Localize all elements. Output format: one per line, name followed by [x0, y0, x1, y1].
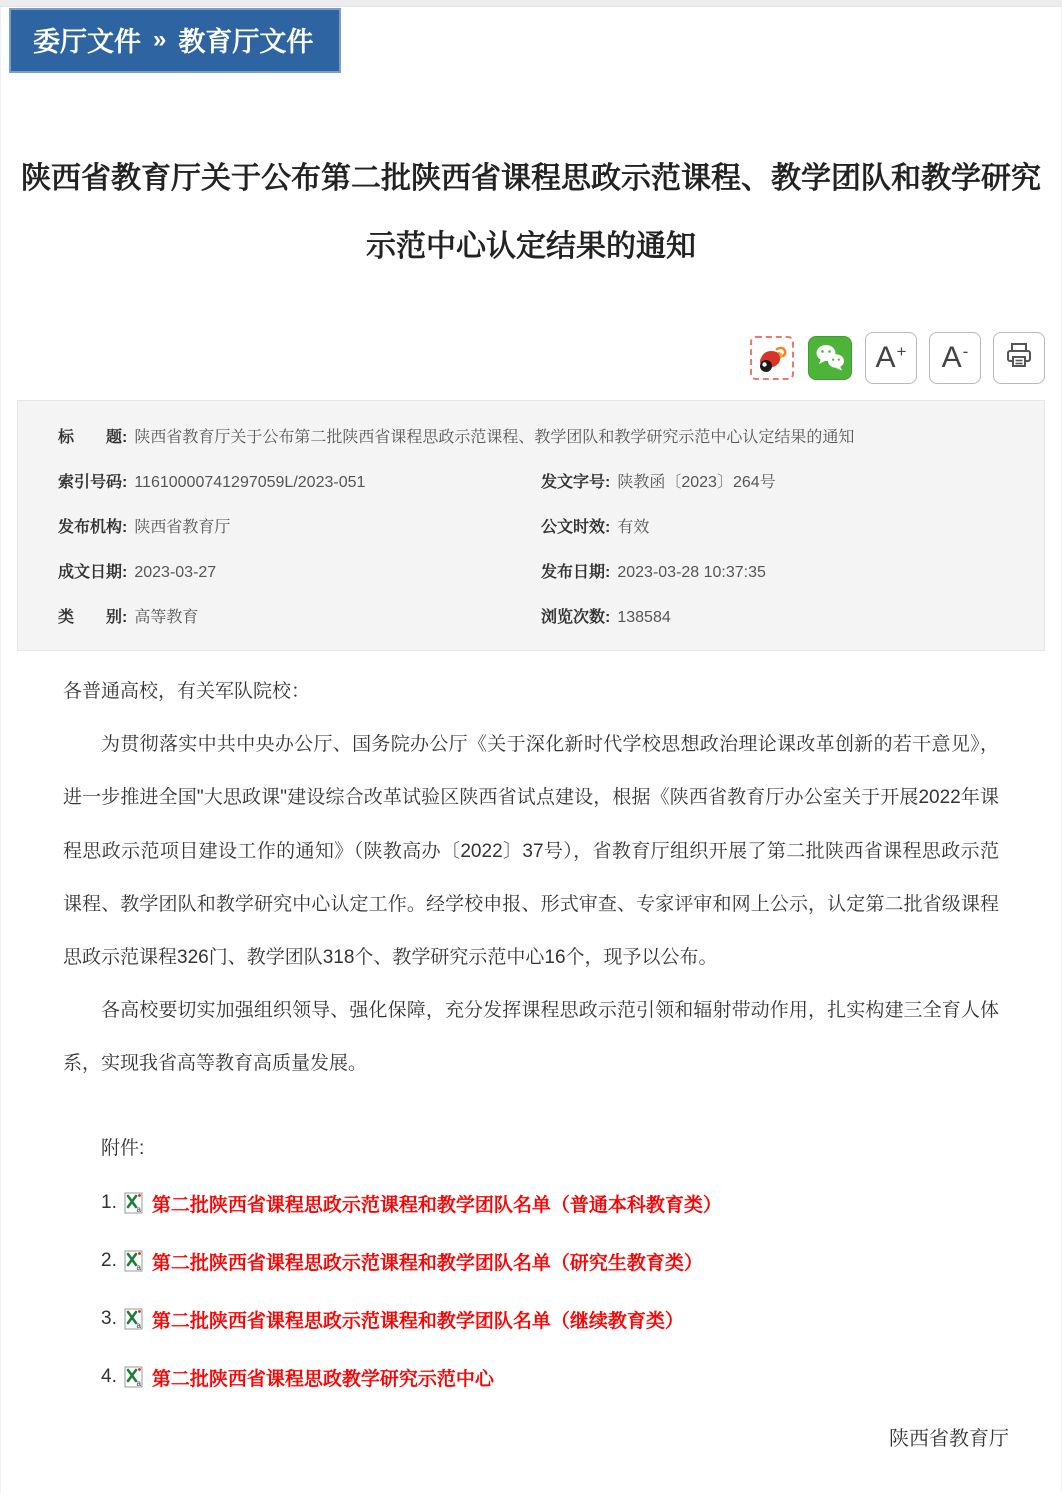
- meta-docnumber-label: 发文字号:: [541, 469, 610, 492]
- meta-row-index: 索引号码: 11610000741297059L/2023-051 发文字号: …: [18, 458, 1044, 503]
- meta-publish-date-value: 2023-03-28 10:37:35: [617, 564, 766, 582]
- body-paragraph-1: 为贯彻落实中共中央办公厅、国务院办公厅《关于深化新时代学校思想政治理论课改革创新…: [63, 718, 999, 984]
- attachment-number: 4.: [101, 1366, 117, 1388]
- meta-views-label: 浏览次数:: [541, 604, 610, 627]
- breadcrumb-page[interactable]: 教育厅文件: [178, 20, 313, 59]
- excel-file-icon: a: [124, 1308, 144, 1330]
- attachments-header: 附件:: [101, 1133, 999, 1160]
- meta-docnumber-value: 陕教函〔2023〕264号: [617, 469, 775, 492]
- attachment-number: 2.: [101, 1250, 117, 1272]
- excel-file-icon: a: [124, 1250, 144, 1272]
- font-decrease-sign: -: [963, 343, 969, 360]
- meta-agency-label: 发布机构:: [58, 514, 127, 537]
- meta-views-value: 138584: [617, 609, 670, 627]
- attachment-item-3[interactable]: 3. a 第二批陕西省课程思政示范课程和教学团队名单（继续教育类）: [101, 1306, 999, 1333]
- breadcrumb-section[interactable]: 委厅文件: [33, 20, 141, 59]
- attachment-number: 1.: [101, 1192, 117, 1214]
- meta-row-category: 类 别: 高等教育 浏览次数: 138584: [18, 593, 1044, 638]
- attachment-link[interactable]: 第二批陕西省课程思政示范课程和教学团队名单（研究生教育类）: [152, 1248, 703, 1275]
- excel-file-icon: a: [124, 1192, 144, 1214]
- meta-category-label: 类 别:: [58, 604, 127, 627]
- toolbar: A+ A-: [17, 332, 1045, 384]
- meta-written-date-value: 2023-03-27: [134, 564, 216, 582]
- breadcrumb[interactable]: 委厅文件 » 教育厅文件: [9, 8, 341, 73]
- font-decrease-button[interactable]: A-: [929, 332, 981, 384]
- svg-text:a: a: [136, 1205, 141, 1214]
- meta-written-date-label: 成文日期:: [58, 559, 127, 582]
- attachment-link[interactable]: 第二批陕西省课程思政示范课程和教学团队名单（普通本科教育类）: [152, 1190, 722, 1217]
- page-title: 陕西省教育厅关于公布第二批陕西省课程思政示范课程、教学团队和教学研究示范中心认定…: [19, 145, 1043, 280]
- attachment-item-1[interactable]: 1. a 第二批陕西省课程思政示范课程和教学团队名单（普通本科教育类）: [101, 1190, 999, 1217]
- meta-row-agency: 发布机构: 陕西省教育厅 公文时效: 有效: [18, 503, 1044, 548]
- weibo-icon: [750, 336, 794, 380]
- document-body: 各普通高校，有关军队院校： 为贯彻落实中共中央办公厅、国务院办公厅《关于深化新时…: [63, 665, 999, 1091]
- weibo-share-button[interactable]: [749, 335, 795, 381]
- svg-text:a: a: [136, 1379, 141, 1388]
- top-divider: [0, 0, 1062, 7]
- body-paragraph-2: 各高校要切实加强组织领导、强化保障，充分发挥课程思政示范引领和辐射带动作用，扎实…: [63, 984, 999, 1090]
- meta-validity-value: 有效: [617, 514, 649, 537]
- print-button[interactable]: [993, 332, 1045, 384]
- svg-text:a: a: [136, 1321, 141, 1330]
- meta-row-title: 标 题: 陕西省教育厅关于公布第二批陕西省课程思政示范课程、教学团队和教学研究示…: [18, 413, 1044, 458]
- wechat-share-button[interactable]: [807, 335, 853, 381]
- excel-file-icon: a: [124, 1366, 144, 1388]
- meta-index-value: 11610000741297059L/2023-051: [134, 474, 365, 492]
- attachment-item-2[interactable]: 2. a 第二批陕西省课程思政示范课程和教学团队名单（研究生教育类）: [101, 1248, 999, 1275]
- meta-title-label: 标 题:: [58, 424, 127, 447]
- breadcrumb-separator: »: [153, 26, 166, 54]
- meta-publish-date-label: 发布日期:: [541, 559, 610, 582]
- attachment-link[interactable]: 第二批陕西省课程思政教学研究示范中心: [152, 1364, 494, 1391]
- meta-validity-label: 公文时效:: [541, 514, 610, 537]
- font-increase-sign: +: [897, 343, 907, 360]
- font-decrease-label: A: [942, 343, 962, 373]
- attachment-number: 3.: [101, 1308, 117, 1330]
- wechat-icon: [808, 336, 852, 380]
- attachment-item-4[interactable]: 4. a 第二批陕西省课程思政教学研究示范中心: [101, 1364, 999, 1391]
- footer-signature: 陕西省教育厅: [1, 1422, 1009, 1485]
- attachments-section: 附件: 1. a 第二批陕西省课程思政示范课程和教学团队名单（普通本科教育类） …: [101, 1133, 999, 1391]
- meta-category-value: 高等教育: [134, 604, 198, 627]
- document-page: 委厅文件 » 教育厅文件 陕西省教育厅关于公布第二批陕西省课程思政示范课程、教学…: [0, 7, 1062, 1493]
- body-greeting: 各普通高校，有关军队院校：: [63, 665, 999, 718]
- meta-row-dates: 成文日期: 2023-03-27 发布日期: 2023-03-28 10:37:…: [18, 548, 1044, 593]
- svg-text:a: a: [136, 1263, 141, 1272]
- printer-icon: [1003, 339, 1035, 377]
- font-increase-button[interactable]: A+: [865, 332, 917, 384]
- font-increase-label: A: [876, 343, 896, 373]
- meta-agency-value: 陕西省教育厅: [134, 514, 230, 537]
- metadata-table: 标 题: 陕西省教育厅关于公布第二批陕西省课程思政示范课程、教学团队和教学研究示…: [17, 400, 1045, 651]
- meta-title-value: 陕西省教育厅关于公布第二批陕西省课程思政示范课程、教学团队和教学研究示范中心认定…: [134, 424, 854, 447]
- attachment-link[interactable]: 第二批陕西省课程思政示范课程和教学团队名单（继续教育类）: [152, 1306, 684, 1333]
- meta-index-label: 索引号码:: [58, 469, 127, 492]
